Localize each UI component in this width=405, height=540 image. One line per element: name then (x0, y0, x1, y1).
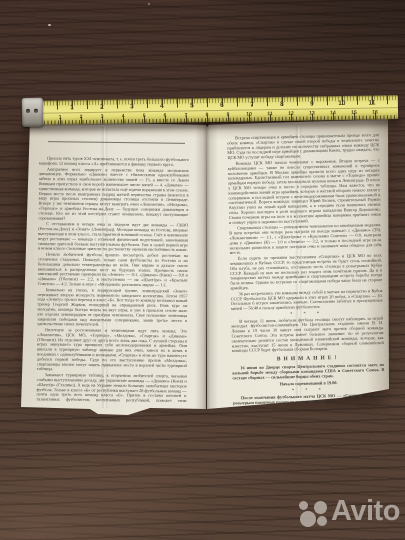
tape-number: 2 (100, 103, 104, 110)
tape-number: 4 (160, 102, 164, 109)
text-block-p: Если судить по прежним выступлениям «Спа… (230, 253, 383, 291)
clip-rivet (34, 109, 38, 113)
tape-number: 1 (59, 114, 62, 120)
text-block-p: Команда ЦСК МО начала чемпионат с пораже… (228, 158, 381, 225)
tape-number: 8 (206, 112, 209, 118)
tape-number: 9 (310, 100, 314, 107)
tape-number: 11 (368, 99, 375, 106)
text-paragraph: Аккуратнее всех лидирует в первенстве по… (38, 167, 189, 222)
tape-number: 14 (330, 110, 336, 116)
tape-number: 2 (80, 114, 83, 120)
tape-number: 8 (280, 100, 284, 107)
avito-logo-circle (299, 501, 308, 510)
text-block-p: 36 раз встречались эти команды между соб… (231, 288, 383, 311)
clip-rivet (26, 109, 30, 113)
tape-number: 7 (250, 101, 254, 108)
tape-number: 5 (190, 102, 194, 109)
avito-watermark: Avito (290, 494, 405, 536)
tape-number: 10 (338, 99, 345, 106)
tape-number: 7 (185, 112, 188, 118)
tape-number: 9 (227, 112, 230, 118)
avito-logo-circle (317, 516, 327, 526)
tape-number: 12 (288, 111, 294, 117)
text-paragraph: Замыкают турнирную таблицу, к огорчению … (36, 373, 186, 404)
text-block-p: Встреча спартаковцев и армейцев столицы … (227, 133, 380, 161)
text-block-bold: После окончания футбольного матча ЦСК МО… (233, 393, 385, 406)
text-block-p: В четверг, 11 июня, любители футбола сто… (231, 316, 384, 354)
dust-speck (148, 3, 150, 5)
tape-number: 4 (122, 113, 125, 119)
right-page-text: Встреча спартаковцев и армейцев столицы … (227, 133, 385, 406)
booklet-gutter-shadow (195, 119, 218, 409)
left-page-text: Прошло пять туров XXI чемпионата, т. е. … (36, 156, 189, 404)
text-paragraph: С отставанием в четыре очка за лидером и… (38, 222, 188, 253)
avito-logo-circle (314, 501, 327, 514)
text-paragraph: Прошло пять туров XXI чемпионата, т. е. … (39, 156, 189, 167)
tape-number: 1 (70, 104, 74, 111)
tape-number: 10 (246, 111, 252, 117)
text-paragraph: Немало любителей футбола пришло посмотре… (38, 252, 188, 288)
tape-number: 16 (372, 109, 378, 115)
text-block-bold: 16 июня во Дворце спорта Центрального ст… (232, 363, 384, 381)
tape-number: 6 (220, 101, 224, 108)
text-paragraph: Буквально на глазах, в лидирующей группе… (37, 287, 187, 328)
tape-end-clip (22, 98, 43, 127)
text-block-p: Спартаковцы столицы — рекордсмены чемпио… (229, 223, 382, 256)
tape-number: 6 (164, 113, 167, 119)
tape-number: 11 (267, 111, 272, 117)
text-paragraph: Вплотную за ростовчанами и зенитовцами и… (37, 328, 187, 374)
avito-logo-circle (300, 511, 316, 527)
tape-number: 15 (351, 110, 357, 116)
tape-number: 13 (309, 110, 315, 116)
tape-number: 3 (101, 114, 104, 120)
dust-speck (48, 24, 51, 26)
avito-wordmark: Avito (331, 495, 400, 528)
tape-number: 5 (143, 113, 146, 119)
tape-number: 3 (130, 103, 134, 110)
listing-photo: Прошло пять туров XXI чемпионата, т. е. … (0, 0, 405, 540)
